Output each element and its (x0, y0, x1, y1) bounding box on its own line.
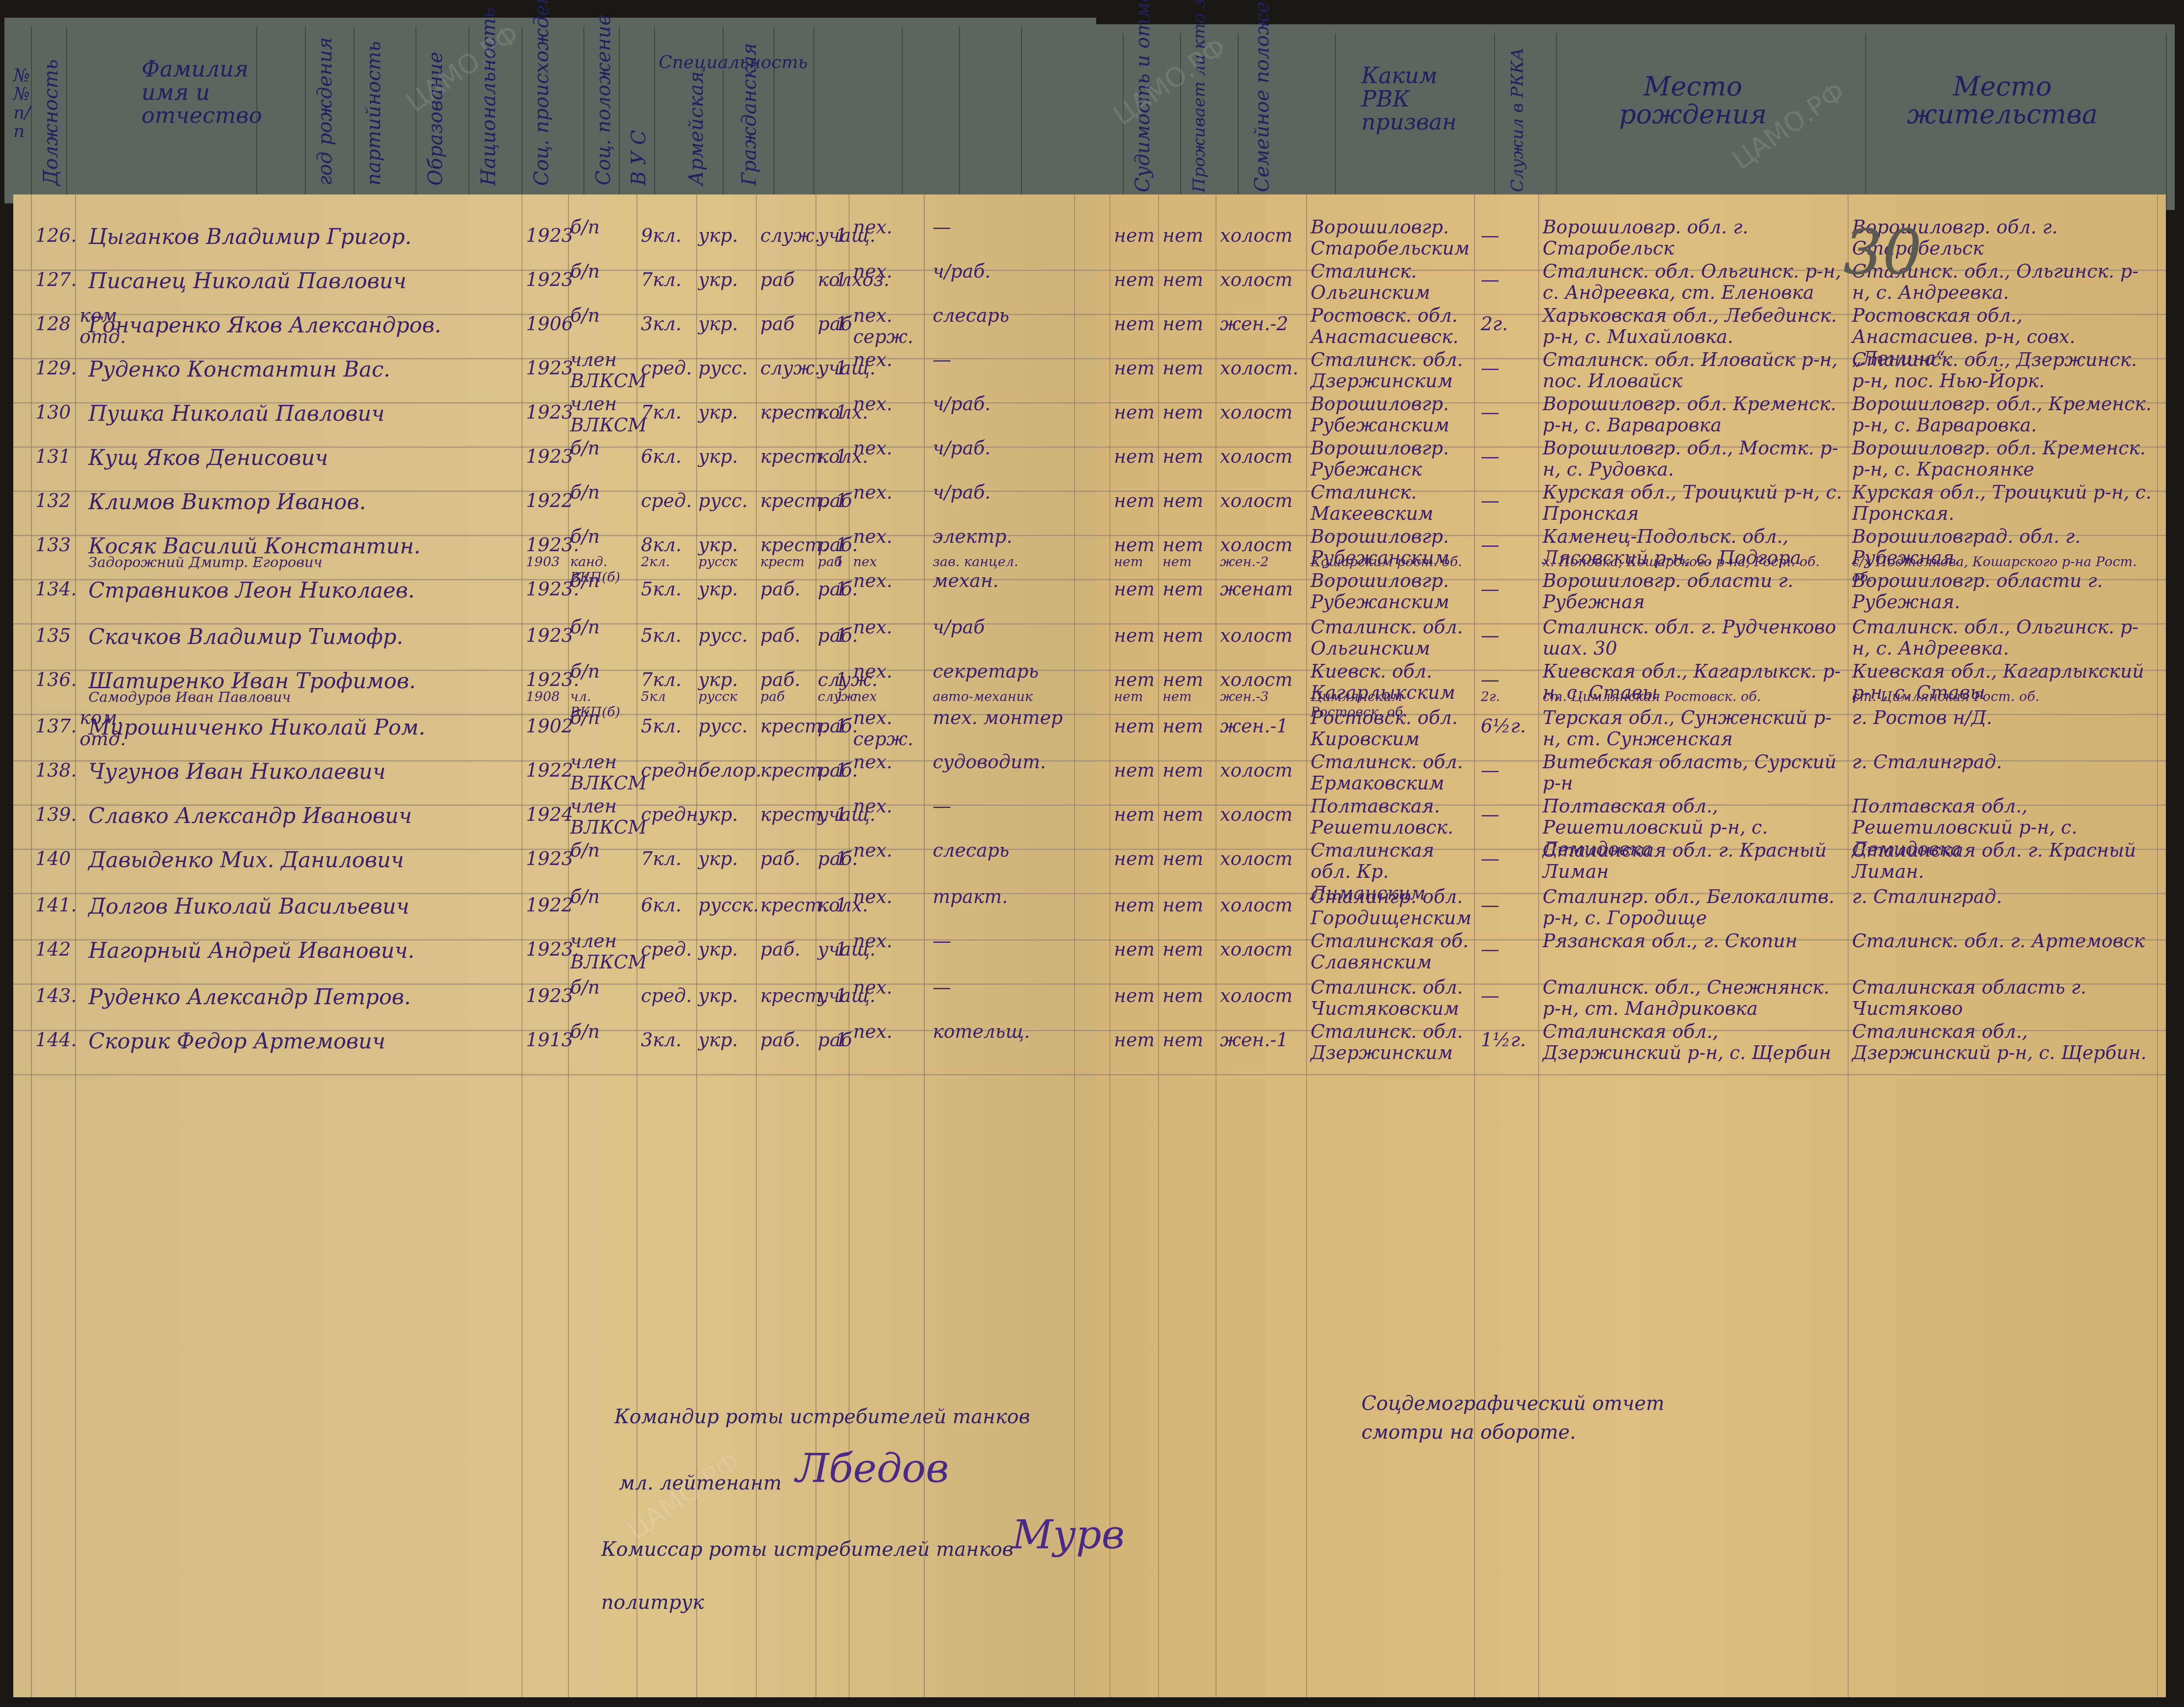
cell-vus: 1 (835, 849, 847, 869)
cell-rvk: Ростовск. обл. Анастасиевск. (1311, 305, 1470, 348)
cell-family: жен.-1 (1220, 1030, 1288, 1050)
cell-abroad: нет (1163, 579, 1203, 599)
cell-name: Давыденко Мих. Данилович (88, 849, 404, 872)
cell-birth: Ворошиловгр. обл. Кременск. р-н, с. Варв… (1543, 393, 1843, 436)
cell-nat: укр. (698, 670, 738, 690)
cell-conv: нет (1114, 225, 1155, 246)
cell-origin: служ. (760, 358, 820, 378)
cell-name: Долгов Николай Васильевич (88, 895, 409, 918)
right-page-roster: нетнетхолостВорошиловгр. Старобельским—В… (1096, 194, 2166, 1697)
header-residence: Место жительства (1892, 73, 2113, 129)
cell-civ: — (933, 977, 1070, 998)
cell-party: б/п (570, 977, 619, 998)
cell-rvk: Сталинск. Макеевским (1311, 482, 1470, 525)
cell-year: 1922 (526, 895, 573, 915)
cell-birth: Сталинская обл. г. Красный Лиман (1543, 840, 1843, 883)
cell-abroad: нет (1163, 402, 1203, 423)
cell-birth: Курская обл., Троицкий р-н, с. Пронская (1543, 482, 1843, 525)
cell-origin: раб (760, 314, 795, 334)
cell-edu: 5кл. (641, 716, 682, 736)
cell-name: Славко Александр Иванович (88, 804, 412, 828)
cell-birth: Ворошиловгр. обл. г. Старобельск (1543, 217, 1843, 259)
table-row: нетнетжен.-1Сталинск. обл. Дзержинским1½… (1096, 1017, 2166, 1078)
cell-birth: Сталингр. обл., Белокалитв. р-н, с. Горо… (1543, 886, 1843, 929)
cell-civ: ч/раб. (933, 393, 1070, 415)
cell-rkka: — (1481, 491, 1499, 511)
scanned-document: №№ п/п Должность Фамилия имя и отчество … (0, 0, 2184, 1707)
cell-conv: нет (1114, 804, 1155, 825)
cell-rkka: — (1481, 358, 1499, 378)
cell-mil: пех. (853, 751, 919, 773)
ruled-line (13, 1074, 1105, 1075)
header-party: партийность (362, 41, 385, 186)
cell-vus: 1 (835, 895, 847, 915)
cell-party: б/п (570, 886, 619, 907)
header-birthplace: Место рождения (1605, 73, 1781, 129)
cell-rvk: Полтавская. Решетиловск. (1311, 796, 1470, 838)
cell-birth: Терская обл., Сунженский р-н, ст. Сунжен… (1543, 707, 1843, 750)
cell-edu: 3кл. (641, 1030, 682, 1050)
cell-conv: нет (1114, 690, 1143, 704)
cell-conv: нет (1114, 402, 1155, 423)
cell-year: 1923 (526, 270, 573, 290)
cell-name: Скорик Федор Артемович (88, 1030, 385, 1053)
cell-origin: раб (760, 270, 795, 290)
cell-rkka: — (1481, 849, 1499, 869)
cell-conv: нет (1114, 986, 1155, 1006)
header-abroad: Проживает ли кто за границей (1189, 0, 1208, 192)
cell-birth: Харьковская обл., Лебединск. р-н, с. Мих… (1543, 305, 1843, 348)
cell-party: б/п (570, 482, 619, 503)
cell-party: член ВЛКСМ (570, 751, 619, 794)
left-page-header: №№ п/п Должность Фамилия имя и отчество … (4, 18, 1096, 203)
cell-vus: 1 (835, 579, 847, 599)
cell-birth: Ворошиловгр. обл., Мостк. р-н, с. Рудовк… (1543, 438, 1843, 480)
cell-conv: нет (1114, 939, 1155, 960)
cell-edu: средн. (641, 760, 704, 781)
cell-abroad: нет (1163, 491, 1203, 511)
cell-party: б/п (570, 570, 619, 591)
commissar-rank: политрук (601, 1591, 704, 1614)
cell-res: г. Сталинград. (1852, 886, 2153, 907)
cell-res: Сталинск. обл., Дзержинск. р-н, пос. Нью… (1852, 349, 2153, 392)
cell-abroad: нет (1163, 939, 1203, 960)
cell-mil: пех. (853, 482, 919, 503)
cell-vus: 1 (835, 670, 847, 690)
cell-party: б/п (570, 217, 619, 238)
cell-family: жен.-1 (1220, 716, 1288, 736)
cell-origin: раб. (760, 1030, 800, 1050)
cell-name: Чугунов Иван Николаевич (88, 760, 386, 784)
cell-rkka: — (1481, 225, 1499, 246)
cell-nat: укр. (698, 402, 738, 423)
cell-nat: белор. (698, 760, 762, 781)
cell-party: б/п (570, 661, 619, 682)
cell-num: 138. (35, 760, 77, 781)
cell-family: холост (1220, 670, 1292, 690)
cell-vus: 1 (835, 1030, 847, 1050)
cell-rkka: 6½г. (1481, 716, 1526, 736)
cell-rvk: Сталинск. обл. Дзержинским (1311, 349, 1470, 392)
cell-civ: котельщ. (933, 1021, 1070, 1042)
cell-edu: 9кл. (641, 225, 682, 246)
cell-vus: 1 (835, 690, 844, 704)
cell-year: 1923 (526, 402, 573, 423)
cell-birth: Сталинская обл., Дзержинский р-н, с. Щер… (1543, 1021, 1843, 1064)
cell-res: Ворошиловгр. обл., Кременск. р-н, с. Вар… (1852, 393, 2153, 436)
cell-mil: пех. (853, 977, 919, 998)
commander-rank: мл. лейтенант (619, 1472, 782, 1494)
cell-edu: 6кл. (641, 895, 682, 915)
cell-civ: — (933, 930, 1070, 952)
cell-rkka: — (1481, 895, 1499, 915)
cell-rvk: Сталинск. обл. Дзержинским (1311, 1021, 1470, 1064)
cell-family: холост (1220, 849, 1292, 869)
cell-family: холост (1220, 270, 1292, 290)
cell-edu: 5кл. (641, 579, 682, 599)
cell-name: Руденко Александр Петров. (88, 986, 411, 1009)
cell-civ: ч/раб. (933, 261, 1070, 282)
cell-civ: слесарь (933, 840, 1070, 861)
cell-edu: 8кл. (641, 535, 682, 555)
cell-conv: нет (1114, 491, 1155, 511)
cell-civ: слесарь (933, 305, 1070, 326)
cell-name: Нагорный Андрей Иванович. (88, 939, 415, 963)
cell-mil: пех. (853, 796, 919, 817)
cell-party: член ВЛКСМ (570, 930, 619, 973)
cell-nat: русс. (698, 491, 748, 511)
cell-num: 127. (35, 270, 77, 290)
cell-abroad: нет (1163, 849, 1203, 869)
cell-num: 144. (35, 1030, 77, 1050)
cell-edu: 5кл (641, 690, 666, 704)
cell-origin: раб. (760, 670, 800, 690)
cell-vus: 1 (835, 314, 847, 334)
cell-num: 136. (35, 670, 77, 690)
cell-abroad: нет (1163, 804, 1203, 825)
cell-vus: 1 (835, 939, 847, 960)
cell-mil: пех. (853, 1021, 919, 1042)
cell-year: 1923 (526, 225, 573, 246)
cell-nat: укр. (698, 986, 738, 1006)
header-birth-year: год рождения (314, 37, 336, 186)
cell-num: 130 (35, 402, 71, 423)
cell-rkka: — (1481, 535, 1499, 555)
cell-conv: нет (1114, 535, 1155, 555)
cell-nat: укр. (698, 849, 738, 869)
cell-nat: укр. (698, 446, 738, 467)
cell-family: холост (1220, 895, 1292, 915)
cell-res: г. Ростов н/Д. (1852, 707, 2153, 728)
cell-num: 132 (35, 491, 71, 511)
cell-rkka: — (1481, 804, 1499, 825)
cell-mil: пех. (853, 840, 919, 861)
cell-conv: нет (1114, 1030, 1155, 1050)
header-vus: В У С (628, 130, 650, 186)
commissar-title: Комиссар роты истребителей танков (601, 1538, 1014, 1561)
cell-family: холост. (1220, 358, 1299, 378)
cell-party: б/п (570, 305, 619, 326)
cell-name: Кущ Яков Денисович (88, 446, 328, 470)
cell-conv: нет (1114, 760, 1155, 781)
cell-party: б/п (570, 707, 619, 728)
cell-conv: нет (1114, 716, 1155, 736)
cell-vus: 1 (835, 491, 847, 511)
cell-party: б/п (570, 840, 619, 861)
note-line-2: смотри на обороте. (1361, 1421, 1576, 1444)
cell-year: 1913 (526, 1030, 573, 1050)
cell-party: член ВЛКСМ (570, 349, 619, 392)
cell-family: холост (1220, 625, 1292, 646)
cell-rvk: Сталинск. обл. Ольгинским (1311, 617, 1470, 659)
cell-vus: 1 (835, 225, 847, 246)
cell-civ: электр. (933, 526, 1070, 547)
cell-conv: нет (1114, 895, 1155, 915)
cell-mil: пех. (853, 661, 919, 682)
header-name: Фамилия имя и отчество (141, 57, 292, 127)
cell-conv: нет (1114, 358, 1155, 378)
cell-num: 134. (35, 579, 77, 599)
cell-conv: нет (1114, 670, 1155, 690)
cell-family: холост (1220, 986, 1292, 1006)
cell-party: б/п (570, 617, 619, 638)
cell-rvk: Сталинск. обл. Чистяковским (1311, 977, 1470, 1020)
cell-conv: нет (1114, 625, 1155, 646)
cell-vus: 1 (835, 986, 847, 1006)
cell-party: б/п (570, 261, 619, 282)
cell-nat: укр. (698, 1030, 738, 1050)
cell-family: холост (1220, 402, 1292, 423)
cell-year: 1923 (526, 446, 573, 467)
cell-civ: ч/раб. (933, 482, 1070, 503)
cell-num: 126. (35, 225, 77, 246)
table-row: 144.Скорик Федор Артемович1913б/п3кл.укр… (13, 1017, 1105, 1078)
cell-mil: пех. (853, 261, 919, 282)
cell-family: холост (1220, 760, 1292, 781)
cell-name: Писанец Николай Павлович (88, 270, 406, 293)
cell-res: Сталинская обл. г. Красный Лиман. (1852, 840, 2153, 883)
cell-rkka: 2г. (1481, 314, 1508, 334)
cell-abroad: нет (1163, 716, 1203, 736)
header-number: №№ п/п (13, 66, 31, 141)
header-rvk: Каким РВК призван (1361, 64, 1463, 134)
cell-abroad: нет (1163, 690, 1192, 704)
cell-edu: 7кл. (641, 670, 682, 690)
cell-num: 143. (35, 986, 77, 1006)
cell-num: 140 (35, 849, 71, 869)
cell-name: Пушка Николай Павлович (88, 402, 385, 426)
commander-signature: Лбедов (796, 1445, 949, 1492)
cell-year: 1902 (526, 716, 573, 736)
cell-nat: укр. (698, 314, 738, 334)
cell-edu: 7кл. (641, 849, 682, 869)
cell-edu: 7кл. (641, 270, 682, 290)
cell-num: 133 (35, 535, 71, 555)
cell-conv: нет (1114, 314, 1155, 334)
cell-num: 142 (35, 939, 71, 960)
commander-title: Командир роты истребителей танков (614, 1406, 1030, 1428)
cell-vus: 1 (835, 716, 847, 736)
cell-birth: Сталинск. обл. г. Рудченково шах. 30 (1543, 617, 1843, 659)
cell-year: 1923 (526, 986, 573, 1006)
cell-civ: тех. монтер (933, 707, 1070, 728)
cell-num: 128 (35, 314, 71, 334)
commissar-signature: Мурв (1012, 1512, 1124, 1558)
cell-abroad: нет (1163, 760, 1203, 781)
cell-edu: 3кл. (641, 314, 682, 334)
cell-family: жен.-3 (1220, 690, 1269, 704)
cell-abroad: нет (1163, 670, 1203, 690)
cell-num: 137. (35, 716, 77, 736)
cell-rvk: Сталингр. обл. Городищенским (1311, 886, 1470, 929)
cell-num: 131 (35, 446, 71, 467)
cell-nat: укр. (698, 270, 738, 290)
cell-party: б/п (570, 438, 619, 459)
cell-edu: 7кл. (641, 402, 682, 423)
cell-mil: пех. (853, 886, 919, 907)
cell-rkka: 1½г. (1481, 1030, 1526, 1050)
ruled-line (1096, 1074, 2166, 1075)
cell-edu: сред. (641, 939, 692, 960)
cell-vus: 1 (835, 270, 847, 290)
header-family: Семейное положение (1251, 0, 1273, 192)
cell-conv: нет (1114, 446, 1155, 467)
header-position: Должность (40, 59, 62, 186)
cell-nat: укр. (698, 939, 738, 960)
cell-rkka: — (1481, 939, 1499, 960)
cell-year: 1908 (526, 690, 560, 704)
cell-year: 1922 (526, 491, 573, 511)
cell-res: Ворошиловгр. области г. Рубежная. (1852, 570, 2153, 613)
cell-rvk: Ворошиловгр. Рубежанским (1311, 570, 1470, 613)
cell-rvk: Ростовск. обл. Кировским (1311, 707, 1470, 750)
cell-rkka: — (1481, 986, 1499, 1006)
cell-edu: сред. (641, 358, 692, 378)
cell-abroad: нет (1163, 225, 1203, 246)
cell-abroad: нет (1163, 1030, 1203, 1050)
cell-edu: 6кл. (641, 446, 682, 467)
cell-mil: пех. (853, 393, 919, 415)
cell-civ: секретарь (933, 661, 1070, 682)
cell-mil: пех. (853, 438, 919, 459)
header-specialty-military: Армейская (685, 71, 708, 186)
cell-rvk: Сталинск. Ольгинским (1311, 261, 1470, 304)
cell-origin: раб. (760, 579, 800, 599)
cell-vus: 1 (835, 358, 847, 378)
cell-rkka: — (1481, 625, 1499, 646)
cell-civ: — (933, 349, 1070, 370)
cell-abroad: нет (1163, 895, 1203, 915)
cell-year: 1922 (526, 760, 573, 781)
cell-party: член ВЛКСМ (570, 393, 619, 436)
cell-rvk: Сталинская об. Славянским (1311, 930, 1470, 973)
cell-edu: сред. (641, 986, 692, 1006)
cell-conv: нет (1114, 270, 1155, 290)
cell-nat: укр. (698, 535, 738, 555)
cell-birth: Сталинск. обл., Снежнянск. р-н, ст. Манд… (1543, 977, 1843, 1020)
header-service-rkka: Служил в РККА (1507, 48, 1527, 192)
cell-abroad: нет (1163, 986, 1203, 1006)
cell-res: г. Сталинград. (1852, 751, 2153, 773)
cell-res: Сталинская область г. Чистяково (1852, 977, 2153, 1020)
cell-nat: укр. (698, 804, 738, 825)
cell-rkka: — (1481, 446, 1499, 467)
cell-vus: 1 (835, 402, 847, 423)
cell-party: член ВЛКСМ (570, 796, 619, 838)
cell-civ: — (933, 796, 1070, 817)
cell-abroad: нет (1163, 358, 1203, 378)
cell-party: б/п (570, 526, 619, 547)
cell-birth: Сталинск. обл. Иловайск р-н, пос. Иловай… (1543, 349, 1843, 392)
cell-origin: служ. (760, 225, 820, 246)
cell-rkka: — (1481, 760, 1499, 781)
cell-num: 129. (35, 358, 77, 378)
cell-rkka: — (1481, 670, 1499, 690)
page-number: 30 (1843, 217, 1922, 289)
cell-rvk: Сталинск. обл. Ермаковским (1311, 751, 1470, 794)
cell-abroad: нет (1163, 535, 1203, 555)
cell-res: Сталинск. обл., Ольгинск. р-н, с. Андрее… (1852, 617, 2153, 659)
cell-civ: — (933, 217, 1070, 238)
cell-mil: пех. серж. (853, 707, 919, 750)
cell-family: холост (1220, 939, 1292, 960)
cell-family: холост (1220, 804, 1292, 825)
cell-mil: пех. (853, 930, 919, 952)
cell-abroad: нет (1163, 314, 1203, 334)
cell-family: холост (1220, 225, 1292, 246)
cell-year: 1923 (526, 849, 573, 869)
header-social-origin: Соц. происхождение (530, 0, 553, 186)
cell-nat: укр. (698, 579, 738, 599)
cell-res: Курская обл., Троицкий р-н, с. Пронская. (1852, 482, 2153, 525)
cell-rkka: — (1481, 270, 1499, 290)
cell-nat: русс. (698, 716, 748, 736)
cell-res: Ворошиловгр. обл. Кременск. р-н, с. Крас… (1852, 438, 2153, 480)
cell-vus: 1 (835, 535, 847, 555)
cell-rvk: Ворошиловгр. Рубежанск (1311, 438, 1470, 480)
cell-year: 1924 (526, 804, 573, 825)
cell-res: Сталинск. обл. г. Артемовск (1852, 930, 2153, 952)
cell-num: 135 (35, 625, 71, 646)
cell-mil: пех. (853, 349, 919, 370)
cell-birth: Ворошиловгр. области г. Рубежная (1543, 570, 1843, 613)
cell-num: 141. (35, 895, 77, 915)
cell-mil: пех. (853, 617, 919, 638)
cell-family: холост (1220, 535, 1292, 555)
cell-birth: Сталинск. обл. Ольгинск. р-н, с. Андреев… (1543, 261, 1843, 304)
cell-nat: русск (698, 690, 737, 704)
cell-mil: пех. (853, 217, 919, 238)
cell-abroad: нет (1163, 446, 1203, 467)
cell-name: Мирошниченко Николай Ром. (88, 716, 425, 739)
right-page-header: Судимость и отметка Проживает ли кто за … (1096, 24, 2175, 210)
cell-mil: пех. (853, 570, 919, 591)
note-line-1: Соцдемографический отчет (1361, 1392, 1665, 1415)
cell-rkka: — (1481, 402, 1499, 423)
cell-party: б/п (570, 1021, 619, 1042)
cell-family: холост (1220, 491, 1292, 511)
cell-civ: ч/раб. (933, 438, 1070, 459)
cell-civ: ч/раб (933, 617, 1070, 638)
cell-name: Стравников Леон Николаев. (88, 579, 415, 602)
header-social-status: Соц. положение (592, 14, 615, 186)
cell-edu: сред. (641, 491, 692, 511)
cell-mil: пех. (853, 526, 919, 547)
cell-name: Цыганков Владимир Григор. (88, 225, 412, 249)
cell-family: холост (1220, 446, 1292, 467)
cell-vus: 1 (835, 760, 847, 781)
cell-name: Скачков Владимир Тимофр. (88, 625, 403, 649)
